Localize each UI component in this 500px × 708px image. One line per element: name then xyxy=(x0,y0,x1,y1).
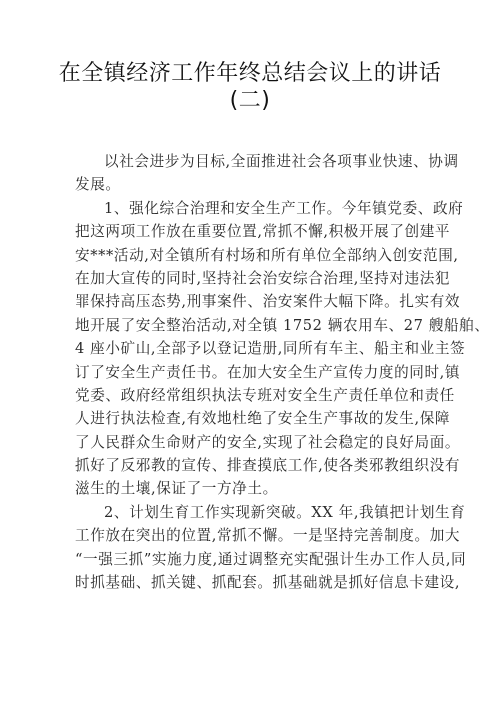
text-line: 了人民群众生命财产的安全,实现了社会稳定的良好局面。 xyxy=(75,431,420,454)
text-line: 发展。 xyxy=(75,173,420,196)
text-line: 安***活动,对全镇所有村场和所有单位全部纳入创安范围, xyxy=(75,244,420,267)
document-subtitle: (二) xyxy=(0,88,500,114)
document-title: 在全镇经济工作年终总结会议上的讲话 xyxy=(0,61,500,87)
text-line: 人进行执法检查,有效地杜绝了安全生产事故的发生,保障 xyxy=(75,407,420,430)
text-line: 订了安全生产责任书。在加大安全生产宣传力度的同时,镇 xyxy=(75,361,420,384)
text-line: 4 座小矿山,全部予以登记造册,同所有车主、船主和业主签 xyxy=(75,337,420,360)
text-line: “一强三抓”实施力度,通过调整充实配强计生办工作人员,同 xyxy=(75,548,420,571)
text-line: 时抓基础、抓关键、抓配套。抓基础就是抓好信息卡建设, xyxy=(75,571,420,594)
document-page: 在全镇经济工作年终总结会议上的讲话 (二) 以社会进步为目标,全面推进社会各项事… xyxy=(0,0,500,708)
text-line: 在加大宣传的同时,坚持社会治安综合治理,坚持对违法犯 xyxy=(75,267,420,290)
text-line: 1、强化综合治理和安全生产工作。今年镇党委、政府 xyxy=(75,197,420,220)
text-line: 工作放在突出的位置,常抓不懈。一是坚持完善制度。加大 xyxy=(75,524,420,547)
text-line: 抓好了反邪教的宣传、排查摸底工作,使各类邪教组织没有 xyxy=(75,454,420,477)
text-line: 滋生的土壤,保证了一方净土。 xyxy=(75,477,420,500)
text-line: 党委、政府经常组织执法专班对安全生产责任单位和责任 xyxy=(75,384,420,407)
text-line: 以社会进步为目标,全面推进社会各项事业快速、协调 xyxy=(75,150,420,173)
text-line: 2、计划生育工作实现新突破。XX 年,我镇把计划生育 xyxy=(75,501,420,524)
document-body: 以社会进步为目标,全面推进社会各项事业快速、协调 发展。 1、强化综合治理和安全… xyxy=(75,150,420,594)
text-line: 地开展了安全整治活动,对全镇 1752 辆农用车、27 艘船舶、 xyxy=(75,314,420,337)
text-line: 把这两项工作放在重要位置,常抓不懈,积极开展了创建平 xyxy=(75,220,420,243)
text-line: 罪保持高压态势,刑事案件、治安案件大幅下降。扎实有效 xyxy=(75,290,420,313)
